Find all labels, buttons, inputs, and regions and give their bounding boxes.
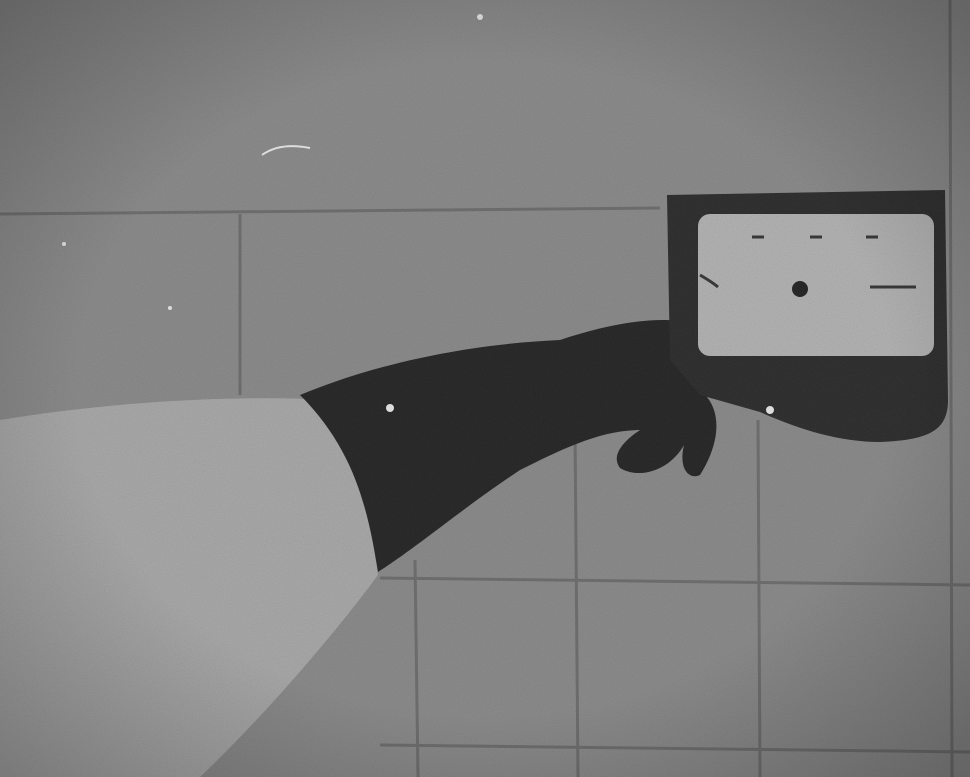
photo-scene: Grainy black-and-white photograph of a d… bbox=[0, 0, 970, 777]
photo-canvas bbox=[0, 0, 970, 777]
